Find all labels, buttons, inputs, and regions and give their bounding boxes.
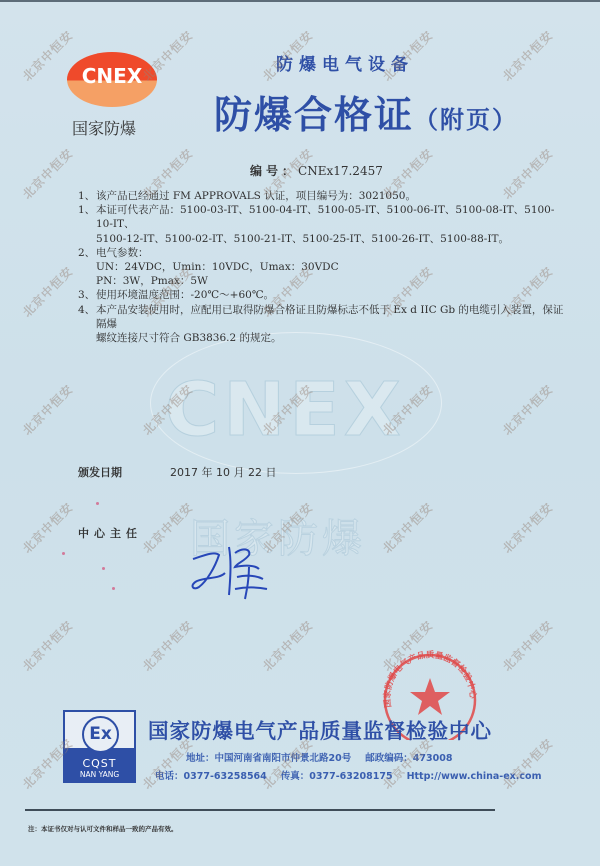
organization-name: 国家防爆电气产品质量监督检验中心 xyxy=(148,714,492,744)
organization-contact: 电话：0377-63258564传真：0377-63208175Http://w… xyxy=(155,768,541,782)
tel-value: 0377-63258564 xyxy=(184,771,267,782)
organization-address: 地址：中国河南省南阳市仲景北路20号邮政编码：473008 xyxy=(186,750,452,764)
paper-fiber xyxy=(96,502,99,505)
electrical-param-line: UN：24VDC，Umin：10VDC，Umax：30VDC xyxy=(78,260,568,274)
fax-value: 0377-63208175 xyxy=(309,771,392,782)
issue-date-label: 颁发日期 xyxy=(78,464,122,480)
watermark-text: 北京中恒安 xyxy=(19,263,77,321)
watermark-text: 北京中恒安 xyxy=(499,735,557,793)
item-text: 本证可代表产品：5100-03-IT、5100-04-IT、5100-05-IT… xyxy=(96,203,568,246)
watermark-text: 北京中恒安 xyxy=(379,499,437,557)
item-2: 1、 本证可代表产品：5100-03-IT、5100-04-IT、5100-05… xyxy=(78,203,568,246)
tel-label: 电话： xyxy=(155,771,184,782)
power-param-line: PN：3W，Pmax：5W xyxy=(78,274,568,288)
postcode-value: 473008 xyxy=(413,753,453,764)
document-title: 防爆合格证（附页） xyxy=(214,84,518,139)
item-1: 1、 该产品已经通过 FM APPROVALS 认证，项目编号为：3021050… xyxy=(78,189,568,203)
watermark-text: 北京中恒安 xyxy=(139,617,197,675)
watermark-text: 北京中恒安 xyxy=(499,381,557,439)
signature-icon xyxy=(185,537,275,607)
paper-fiber xyxy=(62,552,65,555)
certificate-number: 编号：CNEx17.2457 xyxy=(250,162,383,179)
item-line: 5100-12-IT、5100-02-IT、5100-21-IT、5100-25… xyxy=(96,233,509,245)
item-line: 本产品安装使用时，应配用已取得防爆合格证且防爆标志不低于 Ex d IIC Gb… xyxy=(96,304,563,330)
item-text: 电气参数： xyxy=(96,246,568,260)
footer-divider xyxy=(25,809,495,811)
emboss-logo-text: CNEX xyxy=(165,367,405,453)
watermark-text: 北京中恒安 xyxy=(19,381,77,439)
footer-note: 注：本证书仅对与认可文件和样品一致的产品有效。 xyxy=(28,824,178,833)
postcode-label: 邮政编码： xyxy=(365,753,413,764)
title-suffix: （附页） xyxy=(414,106,518,134)
watermark-text: 北京中恒安 xyxy=(499,27,557,85)
item-text: 使用环境温度范围：-20℃～+60℃。 xyxy=(96,288,568,302)
certificate-number-label: 编号： xyxy=(250,164,298,178)
paper-fiber xyxy=(102,567,105,570)
watermark-text: 北京中恒安 xyxy=(19,145,77,203)
address-value: 中国河南省南阳市仲景北路20号 xyxy=(215,753,352,764)
address-label: 地址： xyxy=(186,753,215,764)
cqst-badge: Ex CQST NAN YANG xyxy=(63,710,136,783)
item-line: 螺纹连接尺寸符合 GB3836.2 的规定。 xyxy=(96,332,282,344)
cnex-logo: CNEX xyxy=(67,52,157,107)
item-number: 2、 xyxy=(78,246,96,260)
item-5: 4、 本产品安装使用时，应配用已取得防爆合格证且防爆标志不低于 Ex d IIC… xyxy=(78,303,568,346)
item-number: 1、 xyxy=(78,189,96,203)
cqst-badge-line1: CQST xyxy=(65,757,134,770)
watermark-text: 北京中恒安 xyxy=(499,617,557,675)
title-main: 防爆合格证 xyxy=(214,93,414,137)
logo-caption: 国家防爆 xyxy=(72,116,136,139)
watermark-text: 北京中恒安 xyxy=(499,499,557,557)
director-label: 中心主任 xyxy=(78,525,142,541)
watermark-text: 北京中恒安 xyxy=(19,499,77,557)
ex-symbol-icon: Ex xyxy=(82,716,119,753)
item-line: 本证可代表产品：5100-03-IT、5100-04-IT、5100-05-IT… xyxy=(96,204,554,230)
issue-date-value: 2017 年 10 月 22 日 xyxy=(170,464,276,480)
fax-label: 传真： xyxy=(281,771,310,782)
item-4: 3、 使用环境温度范围：-20℃～+60℃。 xyxy=(78,288,568,302)
paper-fiber xyxy=(112,587,115,590)
item-text: 该产品已经通过 FM APPROVALS 认证，项目编号为：3021050。 xyxy=(96,189,568,203)
watermark-text: 北京中恒安 xyxy=(259,617,317,675)
item-number: 4、 xyxy=(78,303,96,346)
logo-text: CNEX xyxy=(67,64,157,88)
certificate-page: CNEX 国家防爆 CNEX 国家防爆 防爆电气设备 防爆合格证（附页） 编号：… xyxy=(0,0,600,866)
website-link[interactable]: Http://www.china-ex.com xyxy=(407,771,542,782)
item-3: 2、 电气参数： xyxy=(78,246,568,260)
certificate-number-value: CNEx17.2457 xyxy=(298,164,383,178)
item-number: 1、 xyxy=(78,203,96,246)
item-text: 本产品安装使用时，应配用已取得防爆合格证且防爆标志不低于 Ex d IIC Gb… xyxy=(96,303,568,346)
document-subtitle: 防爆电气设备 xyxy=(276,50,414,75)
watermark-text: 北京中恒安 xyxy=(19,617,77,675)
certificate-items: 1、 该产品已经通过 FM APPROVALS 认证，项目编号为：3021050… xyxy=(78,189,568,345)
cqst-badge-line2: NAN YANG xyxy=(65,770,134,779)
item-number: 3、 xyxy=(78,288,96,302)
